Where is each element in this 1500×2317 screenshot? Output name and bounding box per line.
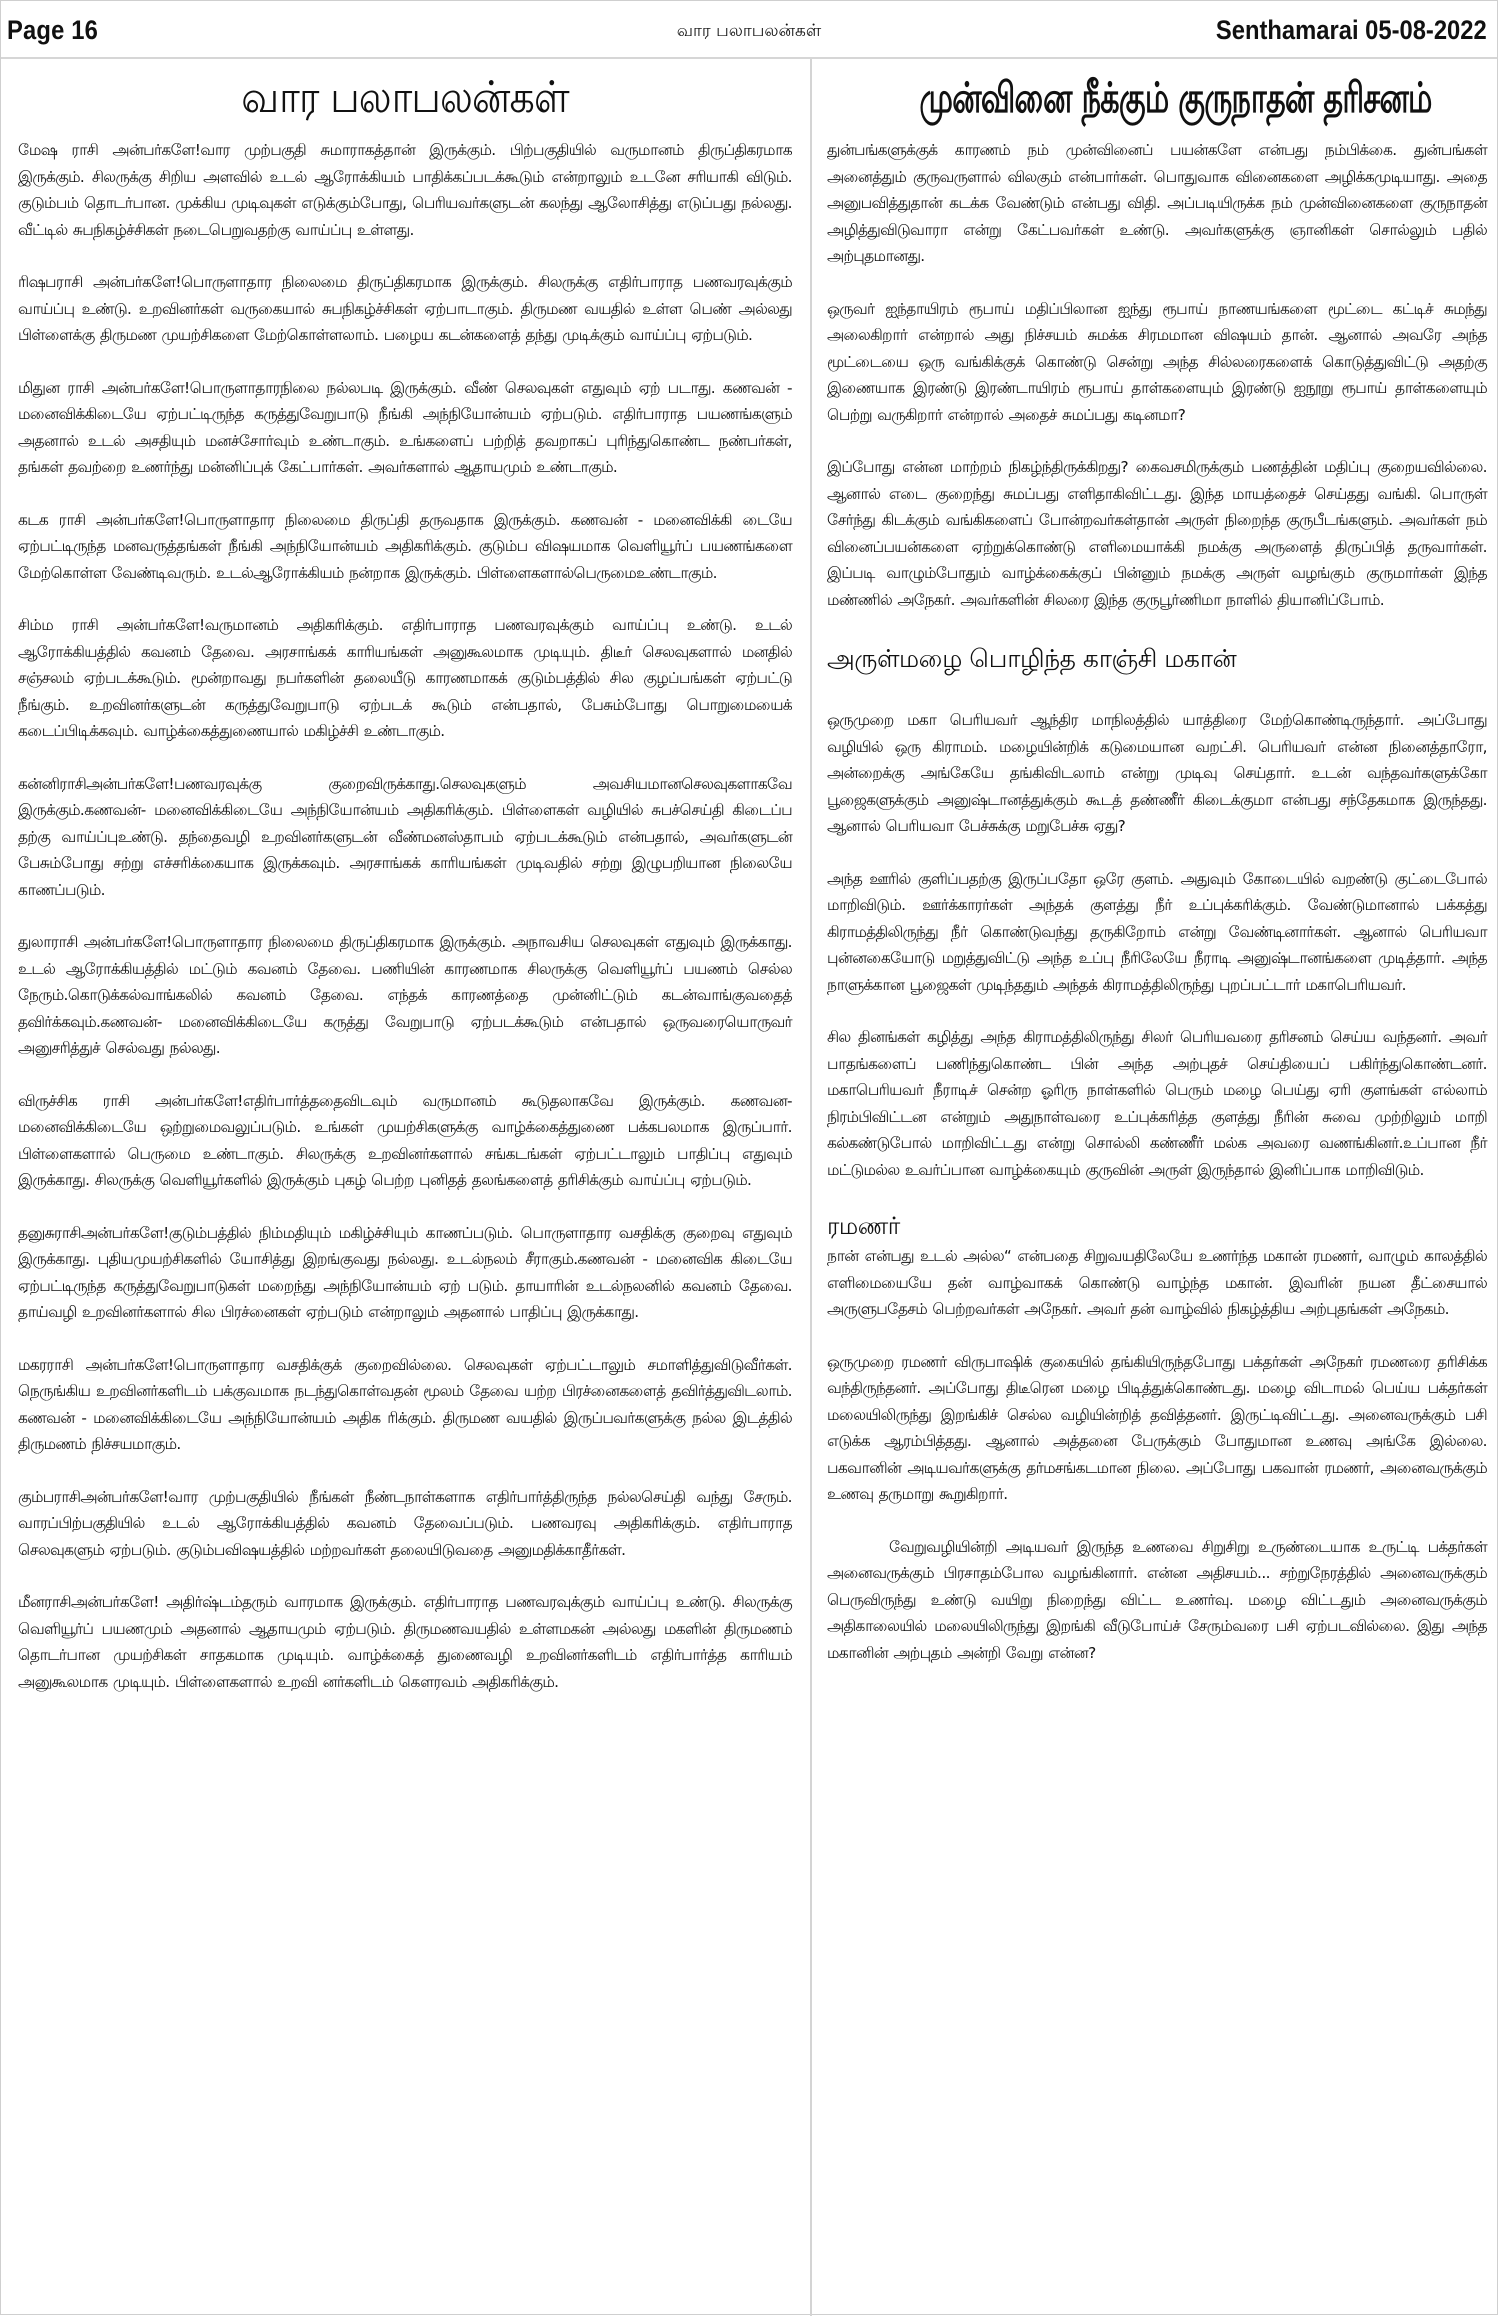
article-paragraph: இப்போது என்ன மாற்றம் நிகழ்ந்திருக்கிறது?… [827,454,1487,613]
kanchi-section-heading: அருள்மழை பொழிந்த காஞ்சி மகான் [827,639,1487,679]
horoscope-aries: மேஷ ராசி அன்பர்களே!வார முற்பகுதி சுமாராக… [18,137,792,243]
horoscope-sagittarius: தனுசுராசிஅன்பர்களே!குடும்பத்தில் நிம்மதி… [18,1220,792,1326]
horoscope-leo: சிம்ம ராசி அன்பர்களே!வருமானம் அதிகரிக்கு… [18,612,792,745]
article-paragraph: சில தினங்கள் கழித்து அந்த கிராமத்திலிருந… [827,1024,1487,1183]
publication-date: Senthamarai 05-08-2022 [1216,15,1487,46]
newspaper-page: Page 16 வார பலாபலன்கள் Senthamarai 05-08… [0,0,1498,2315]
article-paragraph: ஒருமுறை ரமணர் விருபாஷிக் குகையில் தங்கிய… [827,1349,1487,1508]
article-paragraph: அந்த ஊரில் குளிப்பதற்கு இருப்பதோ ஒரே குள… [827,866,1487,999]
horoscope-column: வார பலாபலன்கள் மேஷ ராசி அன்பர்களே!வார மு… [1,59,810,1721]
horoscope-aquarius: கும்பராசிஅன்பர்களே!வார முற்பகுதியில் நீங… [18,1484,792,1564]
article-paragraph: ஒருமுறை மகா பெரியவர் ஆந்திர மாநிலத்தில் … [827,707,1487,840]
horoscope-scorpio: விருச்சிக ராசி அன்பர்களே!எதிர்பார்த்ததைவ… [18,1088,792,1194]
ramana-section-heading: ரமணர் [827,1209,1487,1243]
horoscope-pisces: மீனராசிஅன்பர்களே! அதிர்ஷ்டம்தரும் வாரமாக… [18,1589,792,1695]
horoscope-taurus: ரிஷபராசி அன்பர்களே!பொருளாதார நிலைமை திரு… [18,269,792,349]
horoscope-capricorn: மகரராசி அன்பர்களே!பொருளாதார வசதிக்குக் க… [18,1352,792,1458]
article-paragraph: வேறுவழியின்றி அடியவர் இருந்த உணவை சிறுசி… [827,1534,1487,1667]
article-paragraph: துன்பங்களுக்குக் காரணம் நம் முன்வினைப் ப… [827,137,1487,270]
article-title: முன்வினை நீக்கும் குருநாதன் தரிசனம் [919,69,1394,127]
article-paragraph: ஒருவர் ஐந்தாயிரம் ரூபாய் மதிப்பிலான ஐந்த… [827,296,1487,429]
page-header: Page 16 வார பலாபலன்கள் Senthamarai 05-08… [1,1,1497,59]
guru-article-column: முன்வினை நீக்கும் குருநாதன் தரிசனம் துன்… [812,59,1499,1692]
horoscope-libra: துலாராசி அன்பர்களே!பொருளாதார நிலைமை திரு… [18,929,792,1062]
horoscope-title: வார பலாபலன்கள் [57,69,754,127]
horoscope-virgo: கன்னிராசிஅன்பர்களே!பணவரவுக்கு குறைவிருக்… [18,771,792,904]
horoscope-gemini: மிதுன ராசி அன்பர்களே!பொருளாதாரநிலை நல்லப… [18,375,792,481]
article-paragraph: நான் என்பது உடல் அல்ல“ என்பதை சிறுவயதிலே… [827,1243,1487,1323]
horoscope-cancer: கடக ராசி அன்பர்களே!பொருளாதார நிலைமை திரு… [18,507,792,587]
